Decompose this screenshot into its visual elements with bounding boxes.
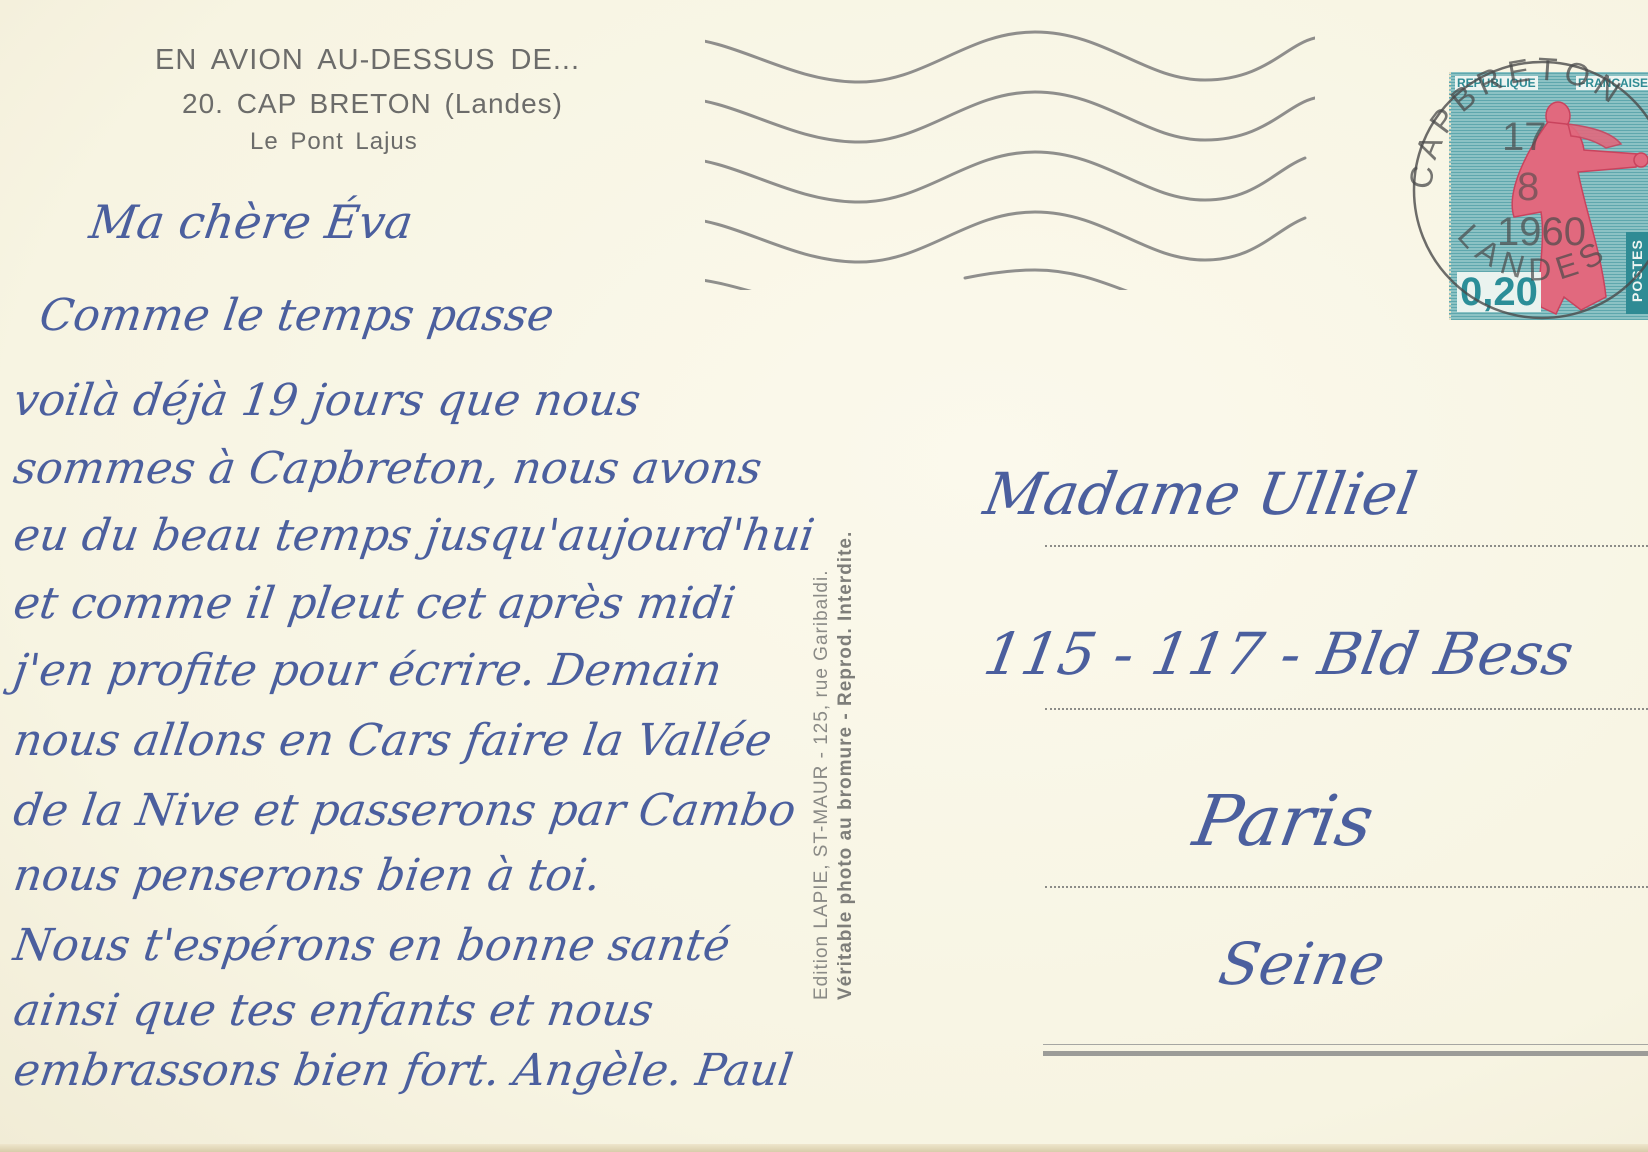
stamp-country-left: REPUBLIQUE xyxy=(1455,76,1538,90)
caption-subject: Le Pont Lajus xyxy=(250,128,418,156)
message-line: nous penserons bien à toi. xyxy=(10,850,604,901)
wavy-cancellation-lines xyxy=(705,20,1315,290)
stamp-value: 0,20 xyxy=(1457,272,1541,312)
publisher-line-2: Véritable photo au bromure - Reprod. Int… xyxy=(834,531,858,1000)
publisher-credit: Edition LAPIE, ST-MAUR - 125, rue Gariba… xyxy=(810,531,858,1000)
stamp-country-right: FRANÇAISE xyxy=(1576,76,1648,90)
message-line: j'en profite pour écrire. Demain xyxy=(10,645,725,696)
address-rule-1 xyxy=(1045,545,1648,547)
message-greeting: Ma chère Éva xyxy=(86,195,416,249)
caption-location: 20. CAP BRETON (Landes) xyxy=(182,88,563,120)
message-line: ainsi que tes enfants et nous xyxy=(10,985,656,1036)
address-rule-2 xyxy=(1045,708,1648,710)
message-line: Comme le temps passe xyxy=(36,290,557,341)
address-city: Paris xyxy=(1188,780,1380,862)
postage-stamp: REPUBLIQUE FRANÇAISE 0,20 POSTES xyxy=(1449,72,1648,320)
message-line: et comme il pleut cet après midi xyxy=(10,578,738,629)
message-line: de la Nive et passerons par Cambo xyxy=(10,785,799,836)
address-bottom-rule xyxy=(1043,1044,1648,1056)
message-line: voilà déjà 19 jours que nous xyxy=(10,375,643,426)
message-line: sommes à Capbreton, nous avons xyxy=(10,443,765,494)
message-line: eu du beau temps jusqu'aujourd'hui xyxy=(10,510,817,561)
card-edge xyxy=(0,1144,1648,1152)
message-line: Nous t'espérons en bonne santé xyxy=(10,920,733,971)
caption-title: EN AVION AU-DESSUS DE... xyxy=(155,44,580,77)
address-name: Madame Ulliel xyxy=(979,460,1422,528)
address-rule-3 xyxy=(1045,886,1648,888)
publisher-line-1: Edition LAPIE, ST-MAUR - 125, rue Gariba… xyxy=(810,531,834,1000)
postcard-back: EN AVION AU-DESSUS DE... 20. CAP BRETON … xyxy=(0,0,1648,1152)
stamp-postes-label: POSTES xyxy=(1626,232,1648,314)
address-region: Seine xyxy=(1214,930,1390,998)
address-street: 115 - 117 - Bld Bess xyxy=(979,620,1579,688)
message-line: nous allons en Cars faire la Vallée xyxy=(10,715,775,766)
message-signature-line: embrassons bien fort. Angèle. Paul xyxy=(10,1045,796,1096)
